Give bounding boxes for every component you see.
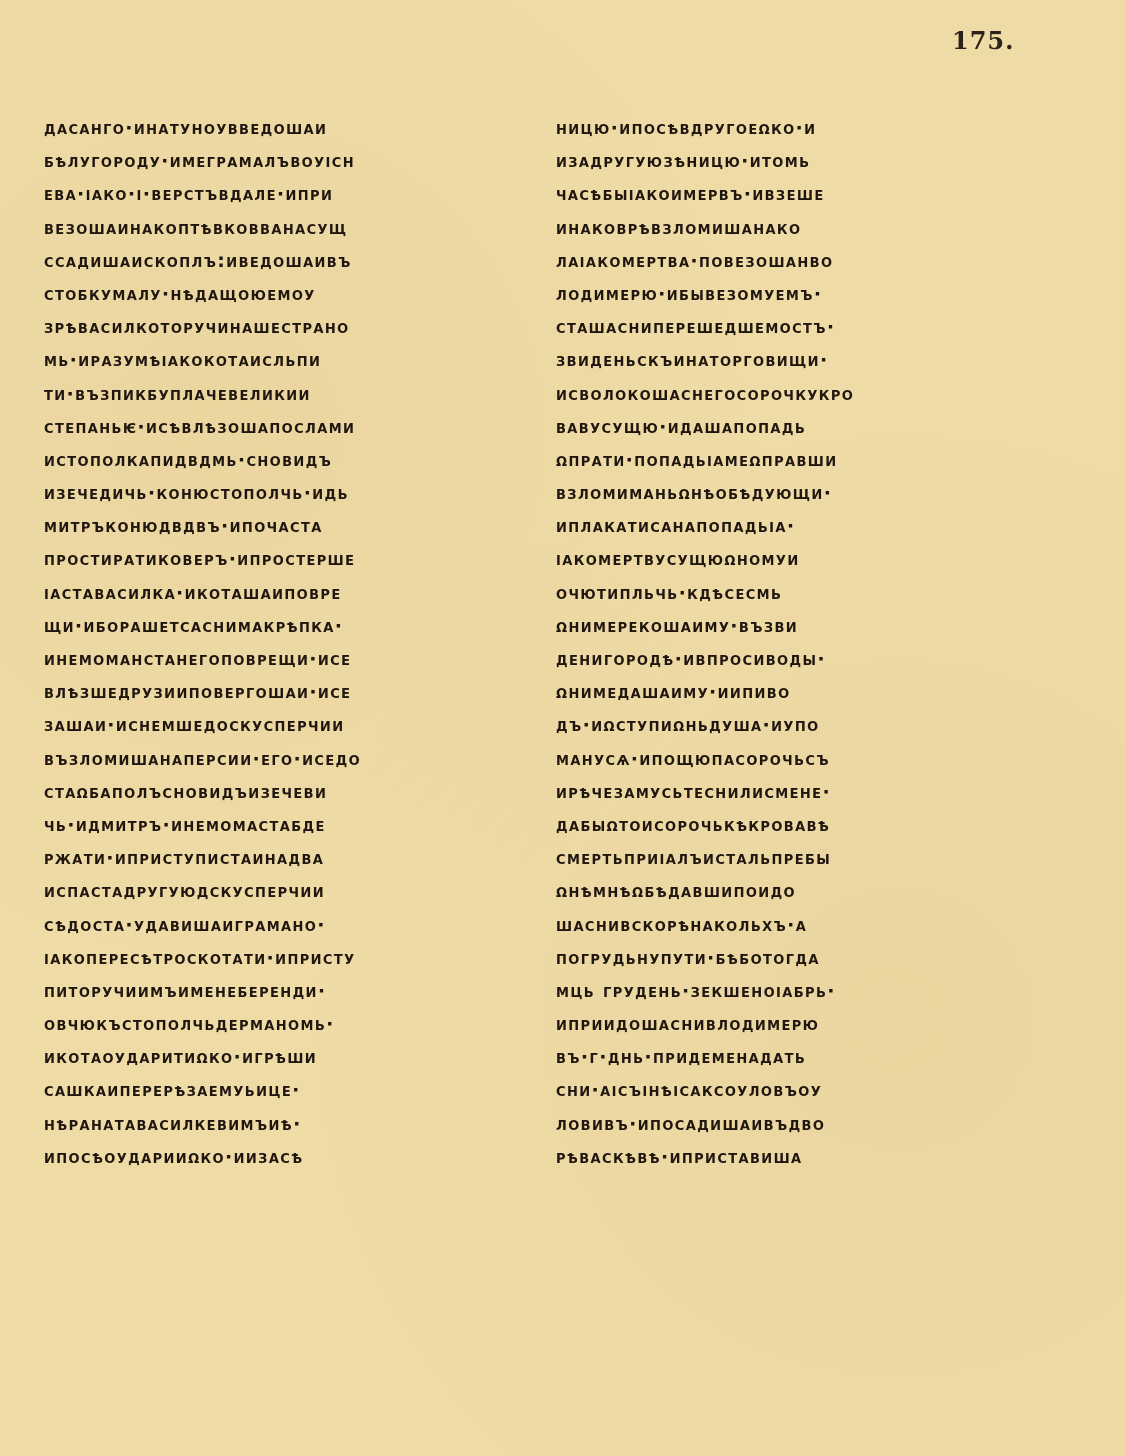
manuscript-line: митръконюдвдвъ·ипочаста xyxy=(44,510,522,543)
manuscript-line: влѣзшедрузииповергошаи·исе xyxy=(44,676,522,709)
manuscript-line: лаıакомертва·повезошанво xyxy=(556,245,1026,278)
manuscript-line: сѣдоста·удавишаиграмано· xyxy=(44,909,522,942)
manuscript-line: ева·ıако·ı·верстъвдале·ипри xyxy=(44,178,522,211)
manuscript-line: бѣлугороду·имеграмалъвоуісн xyxy=(44,145,522,178)
manuscript-line: истополкапидвдмь·сновидъ xyxy=(44,444,522,477)
manuscript-line: ржати·иприступистаинадва xyxy=(44,842,522,875)
manuscript-line: погрудьнупути·бѣботогда xyxy=(556,942,1026,975)
manuscript-line: овчюкъстополчьдерманомь· xyxy=(44,1008,522,1041)
manuscript-line: звиденьскъинаторговищи· xyxy=(556,344,1026,377)
manuscript-line: изечедичь·конюстополчь·идь xyxy=(44,477,522,510)
manuscript-line: дасанго·инатуноувведошаи xyxy=(44,112,522,145)
manuscript-line: стаωбаполъсновидъизечеви xyxy=(44,776,522,809)
manuscript-line: шаснивскорѣнакольхъ·а xyxy=(556,909,1026,942)
manuscript-line: сни·аісъıнѣісаксоуловъоу xyxy=(556,1074,1026,1107)
manuscript-line: ти·възпикбуплачевеликии xyxy=(44,378,522,411)
manuscript-line: везошаинакоптѣвковванасущ xyxy=(44,212,522,245)
manuscript-line: зрѣвасилкоторучинашестрано xyxy=(44,311,522,344)
manuscript-line: манусѧ·ипощюпасорочьсъ xyxy=(556,743,1026,776)
manuscript-line: зашаи·иснемшедоскусперчии xyxy=(44,709,522,742)
manuscript-line: ссадишаископлъ:иведошаивъ xyxy=(44,245,522,278)
manuscript-line: денигородѣ·ивпросиводы· xyxy=(556,643,1026,676)
manuscript-line: степаньѥ·исѣвлѣзошапослами xyxy=(44,411,522,444)
page-number: 175. xyxy=(952,26,1014,55)
manuscript-line: ωпрати·попадьıамеωправши xyxy=(556,444,1026,477)
manuscript-line: испастадругуюдскусперчии xyxy=(44,875,522,908)
manuscript-line: ирѣчезамусьтеснилисмене· xyxy=(556,776,1026,809)
manuscript-line: дъ·иωступиωньдуша·иупо xyxy=(556,709,1026,742)
manuscript-line: щи·иборашетсаснимакрѣпка· xyxy=(44,610,522,643)
manuscript-line: рѣваскѣвѣ·иприставиша xyxy=(556,1141,1026,1174)
manuscript-line: ıакомертвусущюωномуи xyxy=(556,543,1026,576)
manuscript-line: ловивъ·ипосадишаивъдво xyxy=(556,1108,1026,1141)
manuscript-line: чь·идмитръ·инемомастабде xyxy=(44,809,522,842)
manuscript-line: ωнѣмнѣωбѣдавшипоидо xyxy=(556,875,1026,908)
manuscript-line: сашкаиперерѣзаемуьице· xyxy=(44,1074,522,1107)
manuscript-line: въ·г·днь·придеменадать xyxy=(556,1041,1026,1074)
manuscript-line: вавусущю·идашапопадь xyxy=(556,411,1026,444)
manuscript-line: взломиманьωнѣобѣдующи· xyxy=(556,477,1026,510)
manuscript-line: сташасниперешедшемостъ· xyxy=(556,311,1026,344)
manuscript-column-right: ницю·ипосѣвдругоеωко·и изадругуюзѣницю·и… xyxy=(556,112,1026,1174)
manuscript-line: мць грудень·зекшеноıабрь· xyxy=(556,975,1026,1008)
manuscript-line: смертьприıалъистальпребы xyxy=(556,842,1026,875)
manuscript-line: инаковрѣвзломишанако xyxy=(556,212,1026,245)
manuscript-line: стобкумалу·нѣдащоюемоу xyxy=(44,278,522,311)
manuscript-line: часѣбыıакоимервъ·ивзеше xyxy=(556,178,1026,211)
manuscript-line: лодимерю·ибывезомуемъ· xyxy=(556,278,1026,311)
manuscript-line: ωнимедашаиму·иипиво xyxy=(556,676,1026,709)
manuscript-line: мь·иразумѣıакокотаисльпи xyxy=(44,344,522,377)
manuscript-line: дабыωтоисорочькѣкровавѣ xyxy=(556,809,1026,842)
manuscript-column-left: дасанго·инатуноувведошаи бѣлугороду·имег… xyxy=(44,112,522,1174)
manuscript-line: иприидошаснивлодимерю xyxy=(556,1008,1026,1041)
manuscript-line: ωнимерекошаиму·възви xyxy=(556,610,1026,643)
manuscript-line: очютипльчь·кдѣсесмь xyxy=(556,577,1026,610)
manuscript-line: възломишанаперсии·его·иседо xyxy=(44,743,522,776)
manuscript-line: иплакатисанапопадьıа· xyxy=(556,510,1026,543)
manuscript-line: ıаставасилка·икоташаиповре xyxy=(44,577,522,610)
manuscript-line: ницю·ипосѣвдругоеωко·и xyxy=(556,112,1026,145)
manuscript-line: питоручиимъименеберенди· xyxy=(44,975,522,1008)
manuscript-line: исволокошаснегосорочкукро xyxy=(556,378,1026,411)
manuscript-line: икотаоударитиωко·игрѣши xyxy=(44,1041,522,1074)
manuscript-line: ıакопересѣтроскотати·ипристу xyxy=(44,942,522,975)
manuscript-line: нѣранатавасилкевимъиѣ· xyxy=(44,1108,522,1141)
manuscript-line: ипосѣоударииωко·иизасѣ xyxy=(44,1141,522,1174)
manuscript-line: изадругуюзѣницю·итомь xyxy=(556,145,1026,178)
manuscript-line: простиратиковеръ·ипростерше xyxy=(44,543,522,576)
manuscript-line: инемоманстанегоповрещи·исе xyxy=(44,643,522,676)
